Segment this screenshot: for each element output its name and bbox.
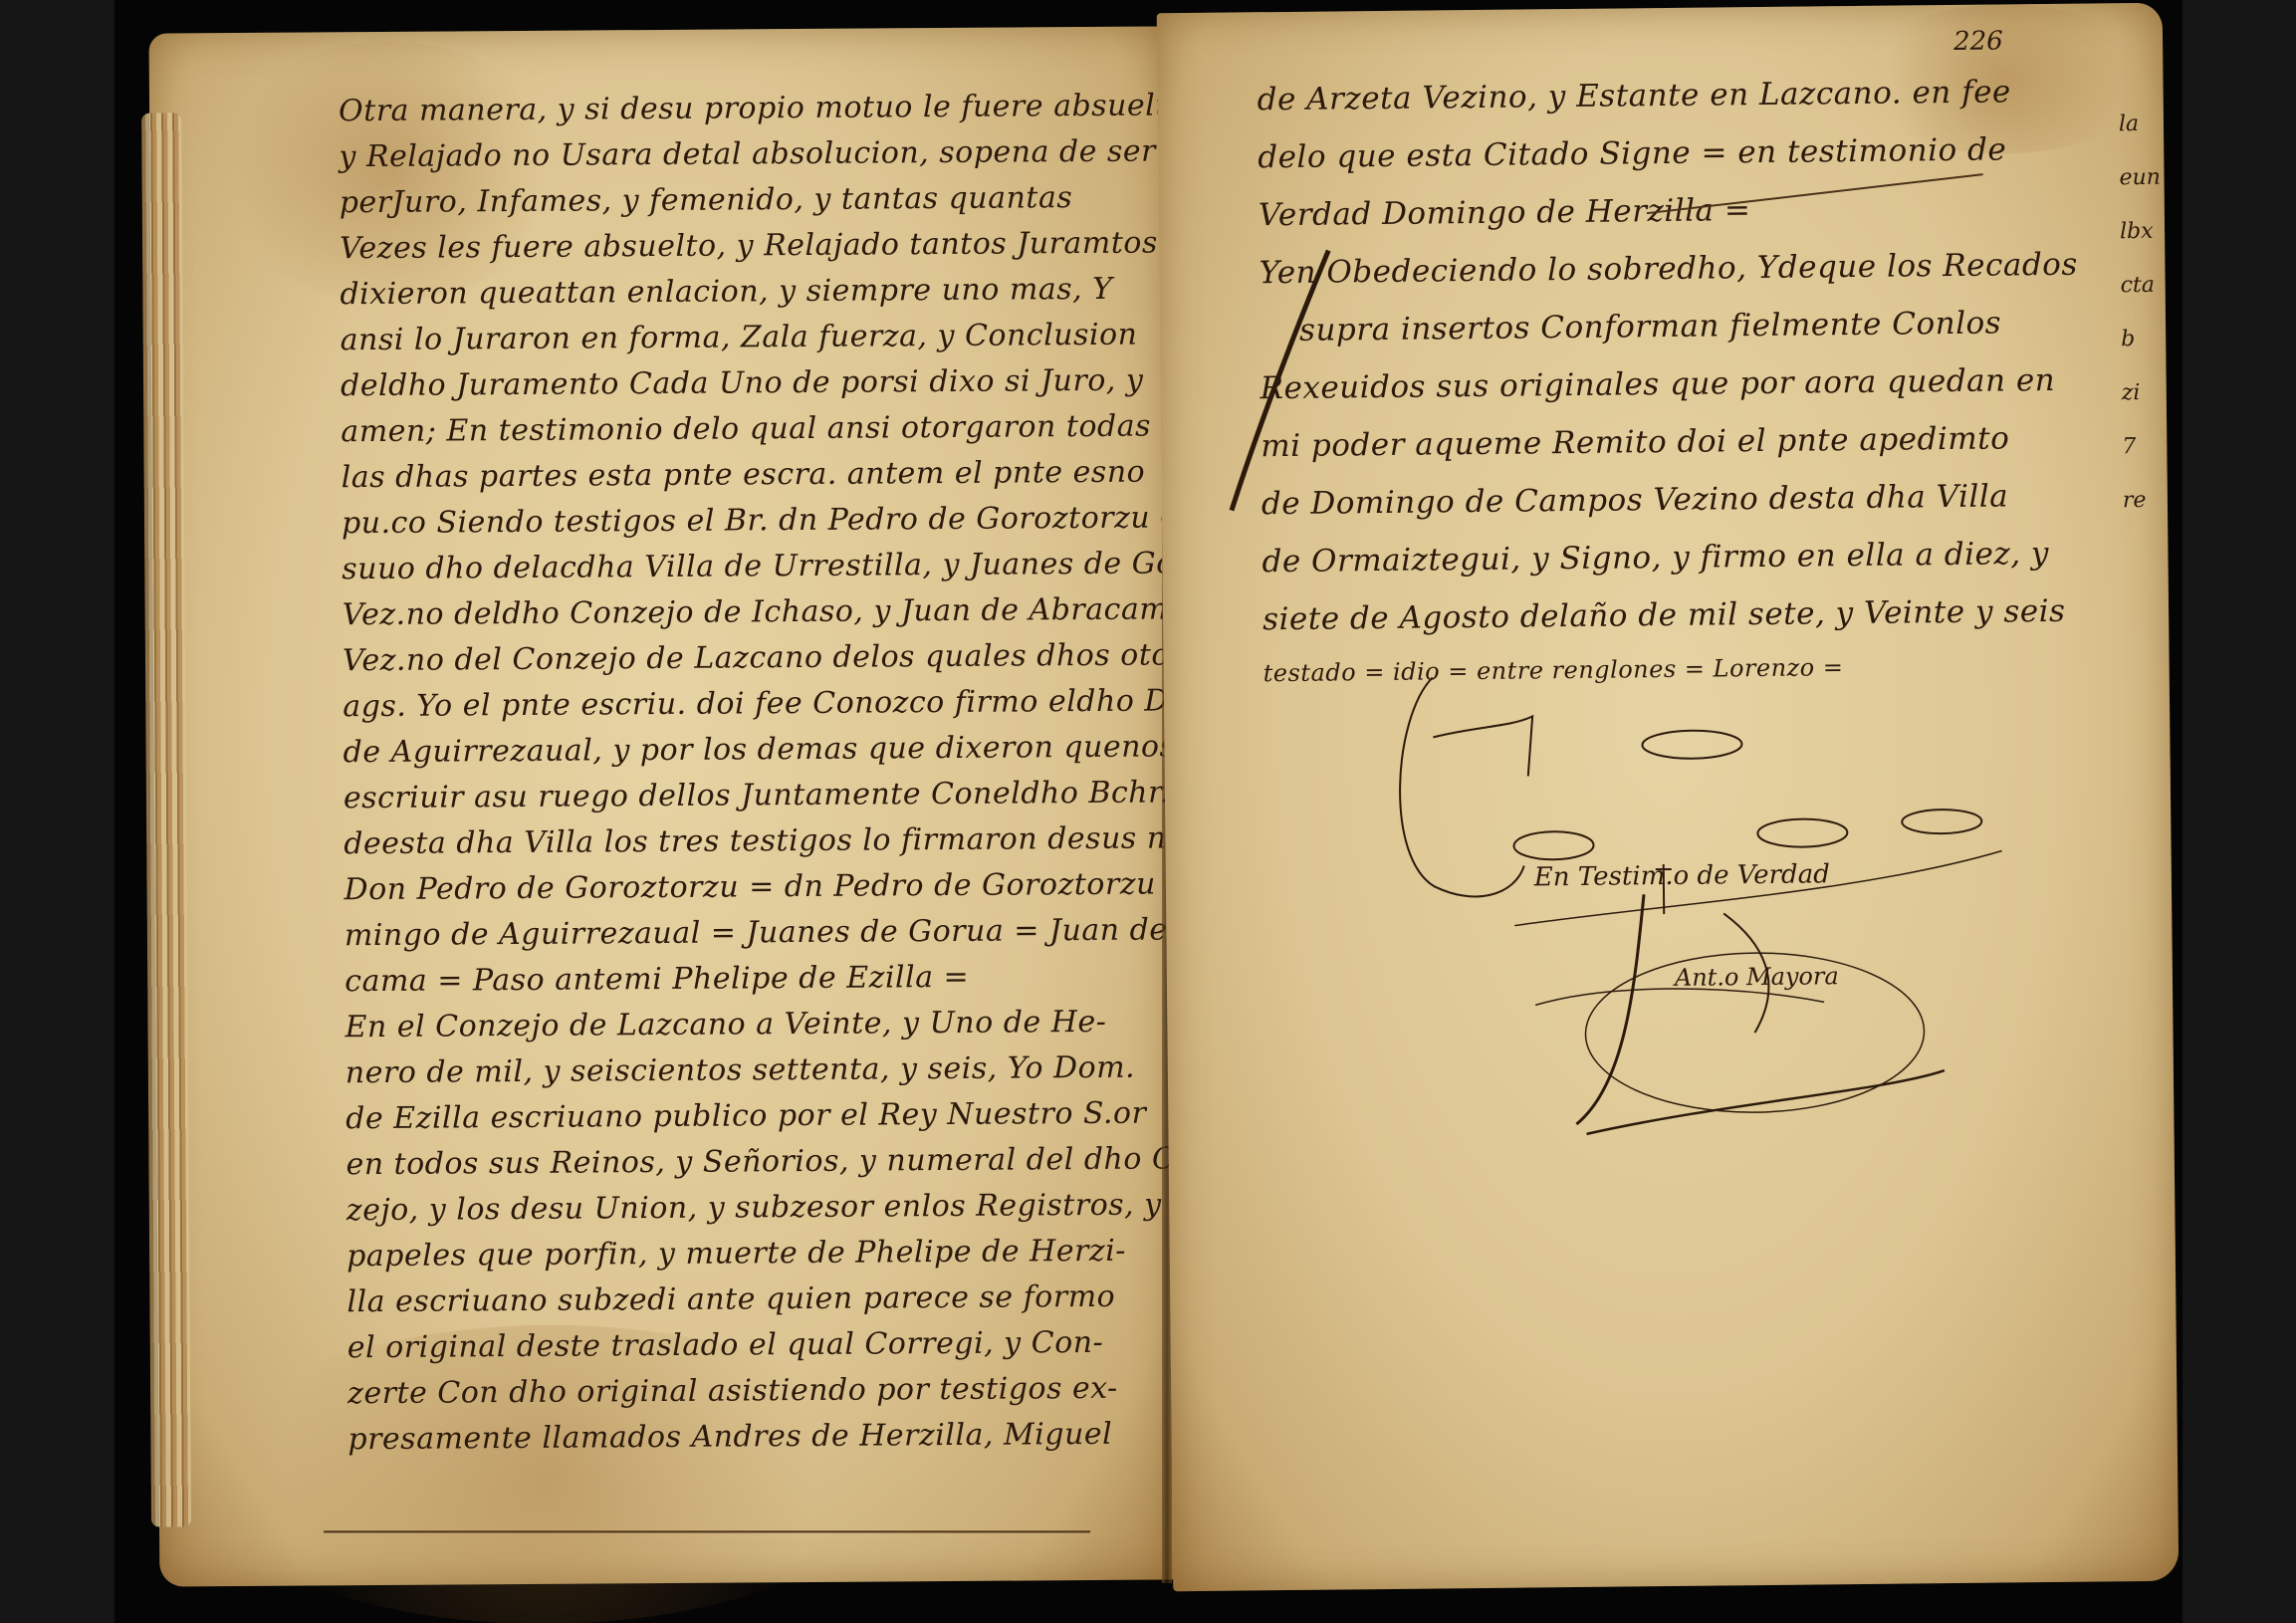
manuscript-line: mingo de Aguirrezaual = Juanes de Gorua …	[344, 912, 1263, 953]
manuscript-line: En el Conzejo de Lazcano a Veinte, y Uno…	[344, 1005, 1106, 1044]
margin-fragment: la	[2119, 98, 2150, 151]
manuscript-line: y Relajado no Usara detal absolucion, so…	[339, 134, 1156, 175]
manuscript-line: Vezes les fuere absuelto, y Relajado tan…	[340, 226, 1158, 267]
manuscript-line: presamente llamados Andres de Herzilla, …	[347, 1417, 1112, 1457]
manuscript-line: Don Pedro de Goroztorzu = dn Pedro de Go…	[344, 866, 1255, 907]
margin-fragment: lbx	[2120, 205, 2151, 259]
right-page: 226 de Arzeta Vezino, y Estante en Lazca…	[1157, 3, 2180, 1591]
manuscript-line: de Ormaiztegui, y Signo, y firmo en ella…	[1262, 536, 2049, 580]
manuscript-line: supra insertos Conforman fielmente Conlo…	[1299, 305, 2001, 348]
manuscript-line: cama = Paso antemi Phelipe de Ezilla =	[344, 960, 969, 999]
manuscript-line: zerte Con dho original asistiendo por te…	[347, 1371, 1118, 1411]
manuscript-line: Vez.no del Conzejo de Lazcano delos qual…	[343, 637, 1289, 679]
margin-fragment: 7	[2122, 420, 2153, 474]
scan-stage: Otra manera, y si desu propio motuo le f…	[115, 0, 2182, 1623]
left-page: Otra manera, y si desu propio motuo le f…	[149, 26, 1176, 1586]
manuscript-line: Otra manera, y si desu propio motuo le f…	[339, 88, 1187, 128]
right-page-text: de Arzeta Vezino, y Estante en Lazcano. …	[1257, 73, 2119, 679]
manuscript-line: escriuir asu ruego dellos Juntamente Con…	[344, 775, 1170, 815]
manuscript-line: deesta dha Villa los tres testigos lo fi…	[344, 820, 1282, 862]
bracket-flourish	[1219, 240, 1341, 520]
margin-fragment: re	[2123, 474, 2154, 528]
manuscript-line: amen; En testimonio delo qual ansi otorg…	[341, 409, 1151, 450]
manuscript-line: papeles que porfin, y muerte de Phelipe …	[346, 1234, 1126, 1274]
page-edge-stack	[141, 113, 191, 1526]
margin-fragment: b	[2121, 313, 2152, 366]
signature-name: Ant.o Mayora	[1675, 962, 1839, 992]
manuscript-line: Yen Obedeciendo lo sobredho, Ydeque los …	[1259, 247, 2078, 292]
manuscript-line: Rexeuidos sus originales que por aora qu…	[1260, 362, 2055, 406]
closing-rule	[324, 1530, 1090, 1532]
manuscript-line: delo que esta Citado Signe = en testimon…	[1258, 131, 2006, 175]
manuscript-line: ansi lo Juraron en forma, Zala fuerza, y…	[341, 318, 1138, 358]
left-side-band	[0, 0, 115, 1623]
folio-number: 226	[1953, 26, 2003, 57]
manuscript-line: perJuro, Infames, y femenido, y tantas q…	[340, 180, 1073, 220]
margin-fragment: eun	[2119, 151, 2150, 205]
manuscript-line: Verdad Domingo de Herzilla =	[1259, 192, 1751, 233]
left-page-text: Otra manera, y si desu propio motuo le f…	[339, 89, 1165, 1528]
manuscript-line: en todos sus Reinos, y Señorios, y numer…	[345, 1141, 1224, 1182]
right-side-band	[2182, 0, 2296, 1623]
manuscript-line: el original deste traslado el qual Corre…	[347, 1325, 1104, 1365]
manuscript-line: de Arzeta Vezino, y Estante en Lazcano. …	[1257, 74, 2011, 117]
manuscript-line: de Domingo de Campos Vezino desta dha Vi…	[1262, 478, 2009, 522]
margin-note: la eun lbx cta b zi 7 re	[2119, 98, 2154, 528]
manuscript-line: lla escriuano subzedi ante quien parece …	[346, 1279, 1115, 1319]
manuscript-line: Vez.no deldho Conzejo de Ichaso, y Juan …	[343, 591, 1187, 632]
manuscript-line: las dhas partes esta pnte escra. antem e…	[342, 455, 1146, 496]
manuscript-line: dixieron queattan enlacion, y siempre un…	[340, 272, 1112, 312]
manuscript-line: de Aguirrezaual, y por los demas que dix…	[343, 729, 1261, 770]
signature-flourish	[1524, 880, 2005, 1154]
manuscript-line: nero de mil, y seiscientos settenta, y s…	[345, 1050, 1136, 1091]
manuscript-line: siete de Agosto delaño de mil sete, y Ve…	[1263, 593, 2066, 637]
manuscript-line: mi poder aqueme Remito doi el pnte apedi…	[1261, 420, 2009, 464]
margin-fragment: cta	[2120, 259, 2151, 313]
manuscript-line: deldho Juramento Cada Uno de porsi dixo …	[341, 363, 1144, 404]
manuscript-line: suuo dho delacdha Villa de Urrestilla, y…	[342, 546, 1228, 586]
manuscript-line: de Ezilla escriuano publico por el Rey N…	[345, 1096, 1146, 1137]
margin-fragment: zi	[2121, 366, 2152, 420]
manuscript-line: zejo, y los desu Union, y subzesor enlos…	[346, 1188, 1162, 1229]
manuscript-line: ags. Yo el pnte escriu. doi fee Conozco …	[343, 683, 1226, 724]
manuscript-line: pu.co Siendo testigos el Br. dn Pedro de…	[342, 500, 1220, 541]
